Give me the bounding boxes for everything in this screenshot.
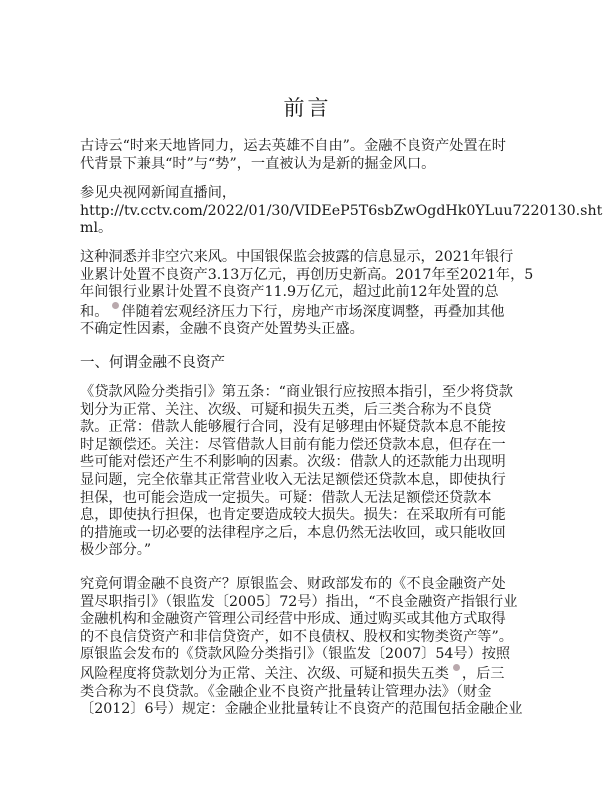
- text-line: 息，即使执行担保，也肯定要造成较大损失。损失：在采取所有可能: [80, 507, 535, 525]
- text-line: 《贷款风险分类指引》第五条：“商业银行应按照本指引，至少将贷款: [80, 384, 535, 402]
- text-line: 和。伴随着宏观经济压力下行，房地产市场深度调整，再叠加其他: [80, 302, 535, 322]
- text-line: 〔2012〕6号）规定：金融企业批量转让不良资产的范围包括金融企业: [80, 701, 535, 719]
- text-line: 这种洞悉并非空穴来风。中国银保监会披露的信息显示，2021年银行: [80, 249, 535, 267]
- footnote-marker-icon[interactable]: [453, 664, 460, 671]
- text-line: 风险程度将贷款划分为正常、关注、次级、可疑和损失五类，后三: [80, 664, 535, 684]
- text-line: 不确定性因素，金融不良资产处置势头正盛。: [80, 321, 535, 339]
- loan-classification-paragraph: 《贷款风险分类指引》第五条：“商业银行应按照本指引，至少将贷款 划分为正常、关注…: [80, 384, 535, 560]
- text-line: 参见央视网新闻直播间，: [80, 185, 535, 203]
- text-line: 代背景下兼具“时”与“势”，一直被认为是新的掘金风口。: [80, 156, 535, 174]
- text-segment: 风险程度将贷款划分为正常、关注、次级、可疑和损失五类: [80, 666, 449, 682]
- text-segment: ，后三: [462, 666, 505, 682]
- text-line: 类合称为不良贷款。《金融企业不良资产批量转让管理办法》（财金: [80, 684, 535, 702]
- text-line: 原银监会发布的《贷款风险分类指引》（银监发〔2007〕54号）按照: [80, 646, 535, 664]
- section-heading: 一、何谓金融不良资产: [80, 351, 225, 372]
- text-line: 业累计处置不良资产3.13万亿元，再创历史新高。2017年至2021年，5: [80, 267, 535, 285]
- text-line: 款。正常：借款人能够履行合同，没有足够理由怀疑贷款本息不能按: [80, 419, 535, 437]
- text-line: 究竟何谓金融不良资产？原银监会、财政部发布的《不良金融资产处: [80, 576, 535, 594]
- text-line: 金融机构和金融资产管理公司经营中形成、通过购买或其他方式取得: [80, 611, 535, 629]
- text-line: 置尽职指引》（银监发〔2005〕72号）指出，“不良金融资产指银行业: [80, 594, 535, 612]
- intro-paragraph: 古诗云“时来天地皆同力，运去英雄不自由”。金融不良资产处置在时 代背景下兼具“时…: [80, 138, 535, 173]
- text-line: 的不良信贷资产和非信贷资产，如不良债权、股权和实物类资产等”。: [80, 629, 535, 647]
- reference-url-continuation[interactable]: ml。: [80, 220, 535, 238]
- statistics-paragraph: 这种洞悉并非空穴来风。中国银保监会披露的信息显示，2021年银行 业累计处置不良…: [80, 249, 535, 339]
- definition-paragraph: 究竟何谓金融不良资产？原银监会、财政部发布的《不良金融资产处 置尽职指引》（银监…: [80, 576, 535, 719]
- text-segment: 和。: [80, 304, 108, 320]
- text-line: 古诗云“时来天地皆同力，运去英雄不自由”。金融不良资产处置在时: [80, 138, 535, 156]
- text-line: 年间银行业累计处置不良资产11.9万亿元，超过此前12年处置的总: [80, 284, 535, 302]
- text-line: 极少部分。”: [80, 542, 535, 560]
- page-title: 前言: [80, 92, 535, 122]
- footnote-marker-icon[interactable]: [112, 302, 119, 309]
- text-line: 划分为正常、关注、次级、可疑和损失五类，后三类合称为不良贷: [80, 402, 535, 420]
- text-line: 些可能对偿还产生不利影响的因素。次级：借款人的还款能力出现明: [80, 454, 535, 472]
- reference-paragraph: 参见央视网新闻直播间， http://tv.cctv.com/2022/01/3…: [80, 185, 535, 238]
- text-line: 担保，也可能会造成一定损失。可疑：借款人无法足额偿还贷款本: [80, 490, 535, 508]
- text-segment: 伴随着宏观经济压力下行，房地产市场深度调整，再叠加其他: [121, 304, 504, 320]
- text-line: 时足额偿还。关注：尽管借款人目前有能力偿还贷款本息，但存在一: [80, 437, 535, 455]
- reference-url[interactable]: http://tv.cctv.com/2022/01/30/VIDEeP5T6s…: [80, 203, 535, 221]
- text-line: 显问题，完全依靠其正常营业收入无法足额偿还贷款本息，即使执行: [80, 472, 535, 490]
- text-line: 的措施或一切必要的法律程序之后，本息仍然无法收回，或只能收回: [80, 525, 535, 543]
